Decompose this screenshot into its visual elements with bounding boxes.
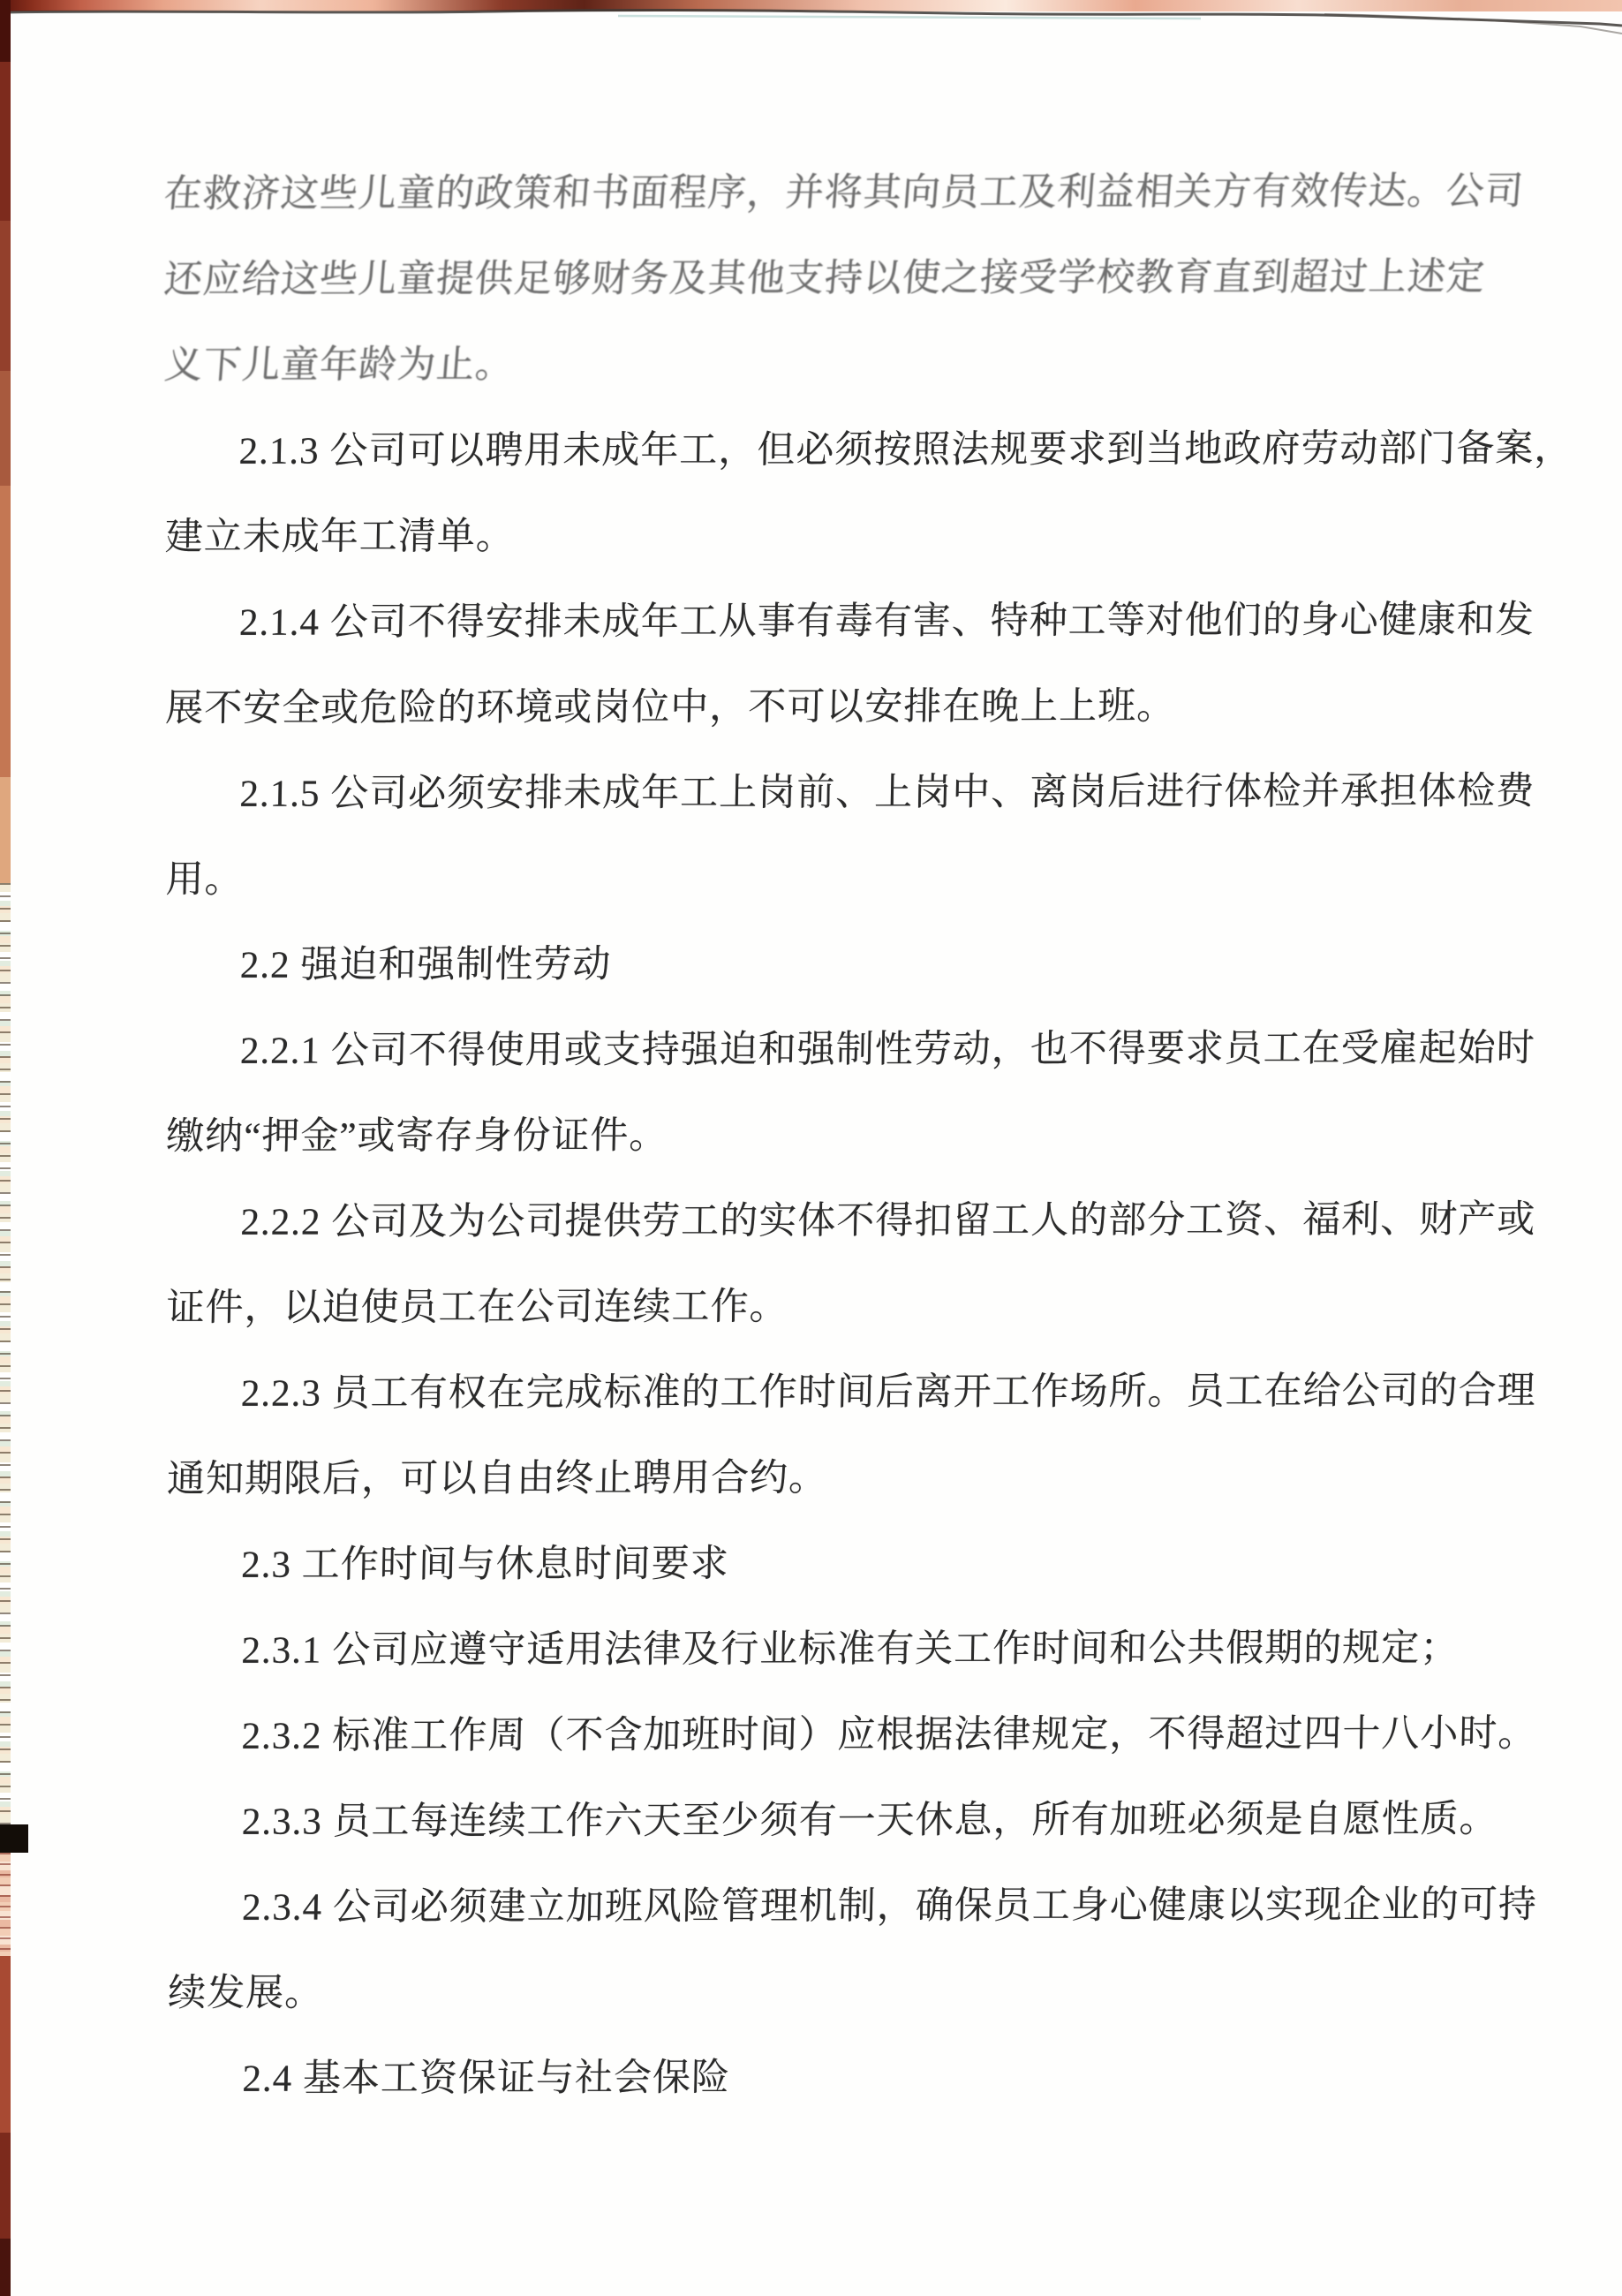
scan-edge-left-segment bbox=[0, 62, 11, 221]
text-line: 2.3.1 公司应遵守适用法律及行业标准有关工作时间和公共假期的规定； bbox=[167, 1602, 1520, 1690]
scanned-page: 在救济这些儿童的政策和书面程序，并将其向员工及利益相关方有效传达。公司还应给这些… bbox=[0, 0, 1622, 2296]
scan-edge-left-strip bbox=[0, 0, 11, 2296]
text-line: 展不安全或危险的环境或岗位中，不可以安排在晚上上班。 bbox=[164, 660, 1517, 748]
text-line: 缴纳“押金”或寄存身份证件。 bbox=[165, 1088, 1518, 1176]
scan-edge-left-segment bbox=[0, 1956, 11, 2133]
text-line: 还应给这些儿童提供足够财务及其他支持以使之接受学校教育直到超过上述定 bbox=[162, 231, 1519, 320]
scan-edge-left-segment bbox=[0, 0, 11, 62]
text-line: 用。 bbox=[165, 831, 1518, 919]
text-line: 2.4 基本工资保证与社会保险 bbox=[168, 2030, 1520, 2119]
text-line: 续发展。 bbox=[167, 1945, 1520, 2033]
text-line: 2.1.4 公司不得安排未成年工从事有毒有害、特种工等对他们的身心健康和发 bbox=[164, 574, 1517, 662]
text-line: 2.3.3 员工每连续工作六天至少须有一天休息，所有加班必须是自愿性质。 bbox=[167, 1773, 1520, 1862]
text-line: 2.2.2 公司及为公司提供劳工的实体不得扣留工人的部分工资、福利、财产或 bbox=[166, 1174, 1519, 1262]
text-line: 2.2.1 公司不得使用或支持强迫和强制性劳动，也不得要求员工在受雇起始时 bbox=[165, 1002, 1518, 1091]
scan-edge-left-segment bbox=[0, 486, 11, 777]
text-line: 在救济这些儿童的政策和书面程序，并将其向员工及利益相关方有效传达。公司 bbox=[161, 146, 1518, 234]
scan-page-edge-line bbox=[0, 0, 1622, 97]
text-line: 2.1.5 公司必须安排未成年工上岗前、上岗中、离岗后进行体检并承担体检费 bbox=[165, 745, 1518, 834]
scan-edge-left-segment bbox=[0, 1853, 11, 1956]
text-line: 通知期限后，可以自由终止聘用合约。 bbox=[166, 1431, 1519, 1519]
scan-edge-left-segment bbox=[0, 2239, 11, 2296]
text-line: 义下儿童年龄为止。 bbox=[162, 317, 1519, 405]
scan-black-smudge bbox=[0, 1824, 28, 1853]
scan-edge-left-segment bbox=[0, 221, 11, 371]
scan-edge-left-segment bbox=[0, 777, 11, 883]
scan-edge-left-segment bbox=[0, 371, 11, 486]
text-line: 证件，以迫使员工在公司连续工作。 bbox=[166, 1259, 1519, 1348]
text-line: 2.1.3 公司可以聘用未成年工，但必须按照法规要求到当地政府劳动部门备案， bbox=[164, 403, 1517, 491]
text-line: 建立未成年工清单。 bbox=[164, 488, 1517, 577]
text-line: 2.3.2 标准工作周（不含加班时间）应根据法律规定，不得超过四十八小时。 bbox=[167, 1688, 1520, 1776]
text-line: 2.2 强迫和强制性劳动 bbox=[165, 917, 1518, 1005]
text-line: 2.3 工作时间与休息时间要求 bbox=[166, 1516, 1519, 1605]
text-line: 2.2.3 员工有权在完成标准的工作时间后离开工作场所。员工在给公司的合理 bbox=[166, 1345, 1519, 1433]
scan-edge-left-segment bbox=[0, 2133, 11, 2239]
document-lines: 在救济这些儿童的政策和书面程序，并将其向员工及利益相关方有效传达。公司还应给这些… bbox=[164, 146, 1520, 2119]
text-line: 2.3.4 公司必须建立加班风险管理机制，确保员工身心健康以实现企业的可持 bbox=[167, 1859, 1520, 1947]
scan-edge-top-strip bbox=[0, 0, 1622, 11]
scan-edge-left-segment bbox=[0, 883, 11, 1824]
